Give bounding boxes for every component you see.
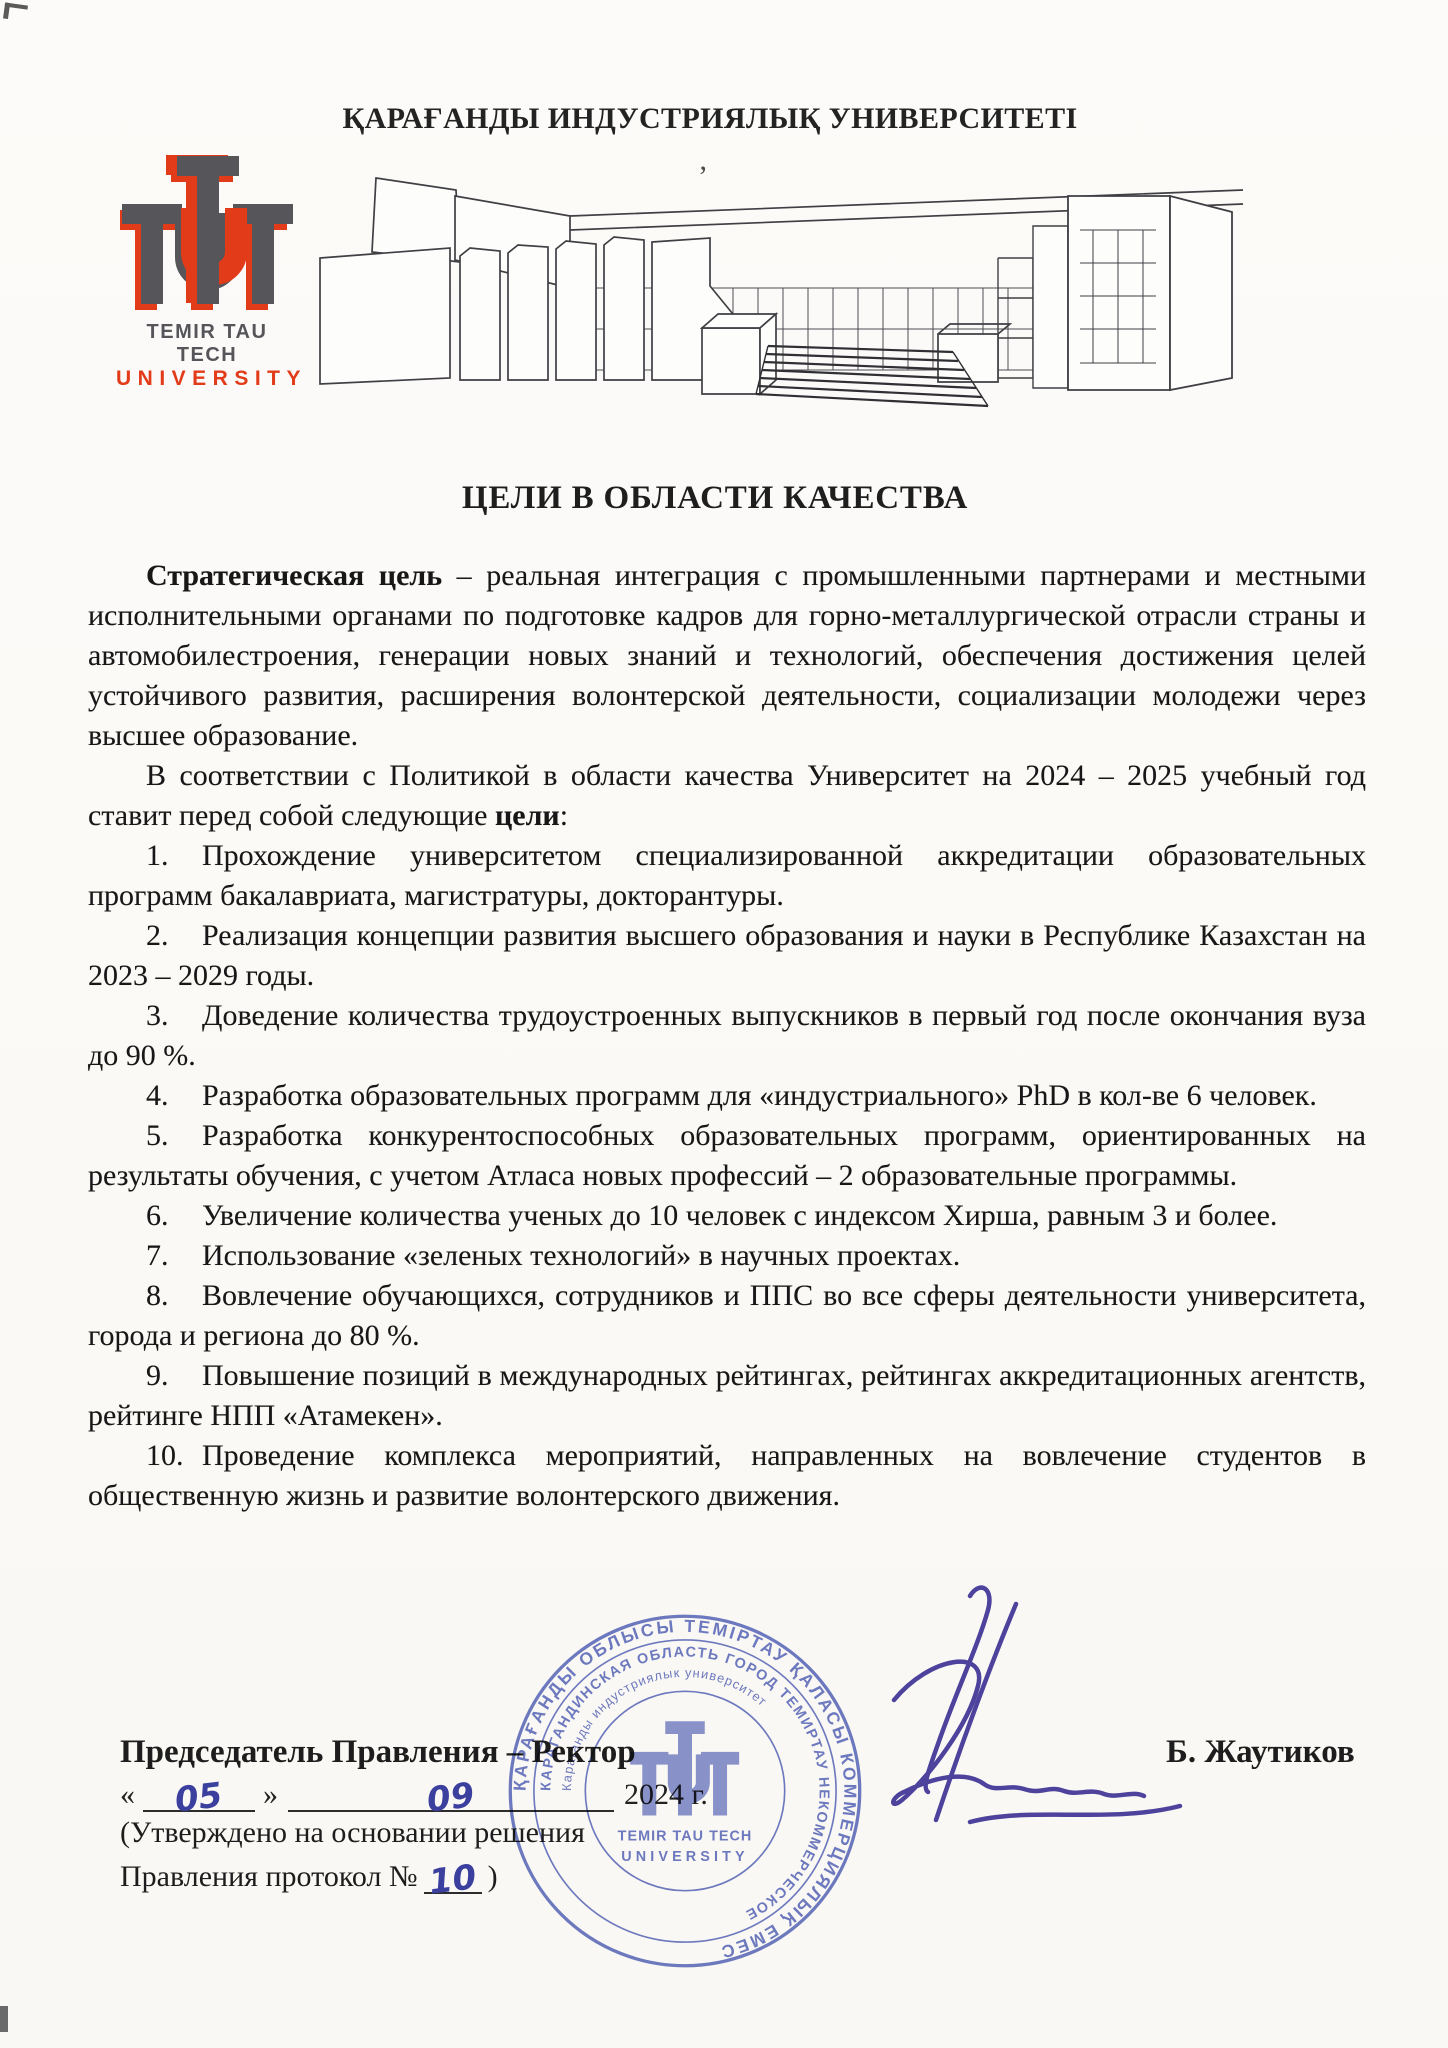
rector-signature-ink xyxy=(820,1582,1200,1862)
goal-item-6: 6.Увеличение количества ученых до 10 чел… xyxy=(88,1196,1366,1236)
handwritten-protocol-number: 10 xyxy=(427,1857,479,1902)
quote-close: » xyxy=(263,1778,278,1812)
paragraph-policy: В соответствии с Политикой в области кач… xyxy=(88,756,1366,836)
date-day-blank: 05 xyxy=(143,1772,255,1812)
goal-item-8: 8.Вовлечение обучающихся, сотрудников и … xyxy=(88,1276,1366,1356)
scan-artifact-top-left xyxy=(3,2,28,21)
goal-item-9: 9.Повышение позиций в международных рейт… xyxy=(88,1356,1366,1436)
stamp-center-line2: UNIVERSITY xyxy=(621,1849,748,1865)
handwritten-day: 05 xyxy=(173,1775,225,1820)
item-number: 4. xyxy=(146,1076,202,1116)
quote-open: « xyxy=(120,1778,135,1812)
item-number: 8. xyxy=(146,1276,202,1316)
document-body: Стратегическая цель – реальная интеграци… xyxy=(88,556,1366,1516)
handwritten-month: 09 xyxy=(425,1775,477,1820)
goal-item-10: 10.Проведение комплекса мероприятий, нап… xyxy=(88,1436,1366,1516)
stamp-tut-mark xyxy=(630,1721,739,1815)
approval-note-line2: Правления протокол № 10 ) xyxy=(120,1854,498,1894)
document-title: ЦЕЛИ В ОБЛАСТИ КАЧЕСТВА xyxy=(0,480,1430,517)
paragraph-strategic-goal: Стратегическая цель – реальная интеграци… xyxy=(88,556,1366,756)
goal-item-1: 1.Прохождение университетом специализиро… xyxy=(88,836,1366,916)
scan-artifact-bottom-left xyxy=(0,2006,8,2032)
goal-item-5: 5.Разработка конкурентоспособных образов… xyxy=(88,1116,1366,1196)
university-logo: TEMIR TAU TECH UNIVERSITY xyxy=(116,146,298,391)
tut-logo-mark xyxy=(120,146,295,314)
protocol-number-blank: 10 xyxy=(424,1854,482,1894)
strategic-goal-lead: Стратегическая цель xyxy=(146,559,442,592)
item-number: 3. xyxy=(146,996,202,1036)
building-drawing xyxy=(298,138,1248,428)
item-number: 1. xyxy=(146,836,202,876)
scanned-document-page: ҚАРАҒАНДЫ ИНДУСТРИЯЛЫҚ УНИВЕРСИТЕТІ ’ TE… xyxy=(0,0,1448,2048)
stamp-center-line1: TEMIR TAU TECH xyxy=(618,1828,753,1844)
item-number: 7. xyxy=(146,1236,202,1276)
goal-item-3: 3.Доведение количества трудоустроенных в… xyxy=(88,996,1366,1076)
item-number: 5. xyxy=(146,1116,202,1156)
logo-text-line2: UNIVERSITY xyxy=(116,367,298,391)
university-name-header: ҚАРАҒАНДЫ ИНДУСТРИЯЛЫҚ УНИВЕРСИТЕТІ xyxy=(0,102,1420,136)
goal-item-4: 4.Разработка образовательных программ дл… xyxy=(88,1076,1366,1116)
goal-item-7: 7.Использование «зеленых технологий» в н… xyxy=(88,1236,1366,1276)
item-number: 6. xyxy=(146,1196,202,1236)
university-round-stamp: ҚАРАҒАНДЫ ОБЛЫСЫ ТЕМІРТАУ ҚАЛАСЫ КОММЕРЦ… xyxy=(500,1606,870,1976)
item-number: 10. xyxy=(146,1436,202,1476)
item-number: 2. xyxy=(146,916,202,956)
logo-text-line1: TEMIR TAU TECH xyxy=(116,321,298,367)
item-number: 9. xyxy=(146,1356,202,1396)
goal-item-2: 2.Реализация концепции развития высшего … xyxy=(88,916,1366,996)
